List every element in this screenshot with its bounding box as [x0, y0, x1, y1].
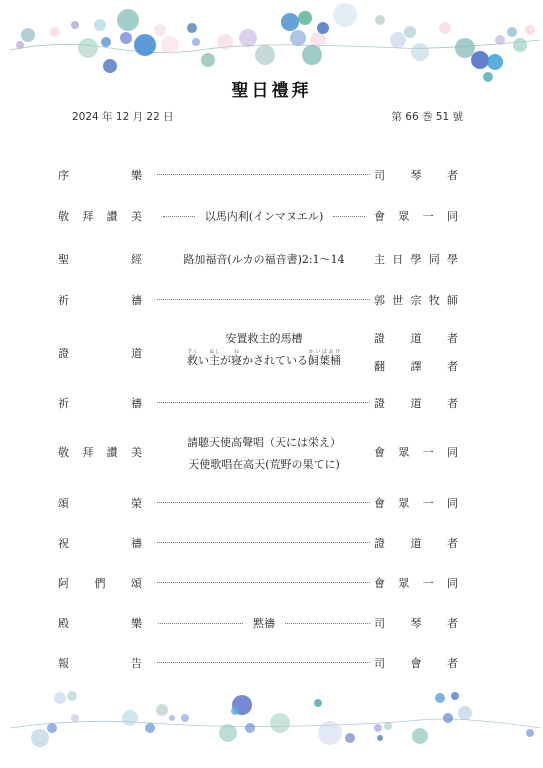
row-role-translator: 翻 譯 者	[374, 358, 458, 374]
row-label: 祈 禱	[58, 395, 142, 411]
row-role: 證 道 者	[374, 535, 458, 551]
row-role: 證 道 者	[374, 395, 458, 411]
row-role: 司 琴 者	[374, 167, 458, 183]
row-label: 祝 禱	[58, 535, 142, 551]
row-content: 以馬内利(インマヌエル)	[158, 208, 370, 224]
row-role: 司 琴 者	[374, 615, 458, 631]
row-content: 路加福音(ルカの福音書)2:1～14	[158, 251, 370, 267]
row-label: 祈 禱	[58, 292, 142, 308]
hymn-1: 請聴天使高聲唱（天には栄え）	[158, 432, 370, 454]
row-role: 主 日 學 同 學	[374, 251, 458, 267]
row-label: 報 告	[58, 655, 142, 671]
sermon-title-chinese: 安置救主的馬槽	[158, 327, 370, 351]
sermon-title-japanese: 救すくい主ぬしが寝ねかされている飼葉桶かいばおけ	[158, 349, 370, 373]
row-role: 會 眾 一 同	[374, 575, 458, 591]
hymn-2: 天使歌唱在高天(荒野の果てに)	[158, 454, 370, 476]
row-label: 敬 拜 讚 美	[58, 444, 142, 460]
row-role-preacher: 證 道 者	[374, 330, 458, 346]
leader-dots	[157, 402, 370, 403]
leader-dots	[157, 542, 370, 543]
row-label: 阿 們 頌	[58, 575, 142, 591]
row-label: 聖 經	[58, 251, 142, 267]
row-label: 序 樂	[58, 167, 142, 183]
hymn-list: 請聴天使高聲唱（天には栄え） 天使歌唱在高天(荒野の果てに)	[158, 432, 370, 476]
issue-number: 第 66 巻 51 號	[391, 109, 463, 124]
service-date: 2024 年 12 月 22 日	[72, 109, 174, 124]
row-role: 會 眾 一 同	[374, 208, 458, 224]
row-label: 頌 榮	[58, 495, 142, 511]
leader-dots	[157, 662, 370, 663]
page-title: 聖日禮拜	[0, 76, 543, 101]
row-label: 殿 樂	[58, 615, 142, 631]
row-role: 會 眾 一 同	[374, 495, 458, 511]
leader-dots	[157, 174, 370, 175]
row-content: 黙禱	[158, 615, 370, 631]
sermon-title: 安置救主的馬槽 救すくい主ぬしが寝ねかされている飼葉桶かいばおけ	[158, 327, 370, 373]
leader-dots	[157, 299, 370, 300]
row-role: 郭 世 宗 牧 師	[374, 292, 458, 308]
row-label: 敬 拜 讚 美	[58, 208, 142, 224]
row-label: 證 道	[58, 345, 142, 361]
row-role: 會 眾 一 同	[374, 444, 458, 460]
row-role: 司 會 者	[374, 655, 458, 671]
floral-decoration-bottom	[0, 678, 543, 768]
leader-dots	[157, 582, 370, 583]
leader-dots	[157, 502, 370, 503]
